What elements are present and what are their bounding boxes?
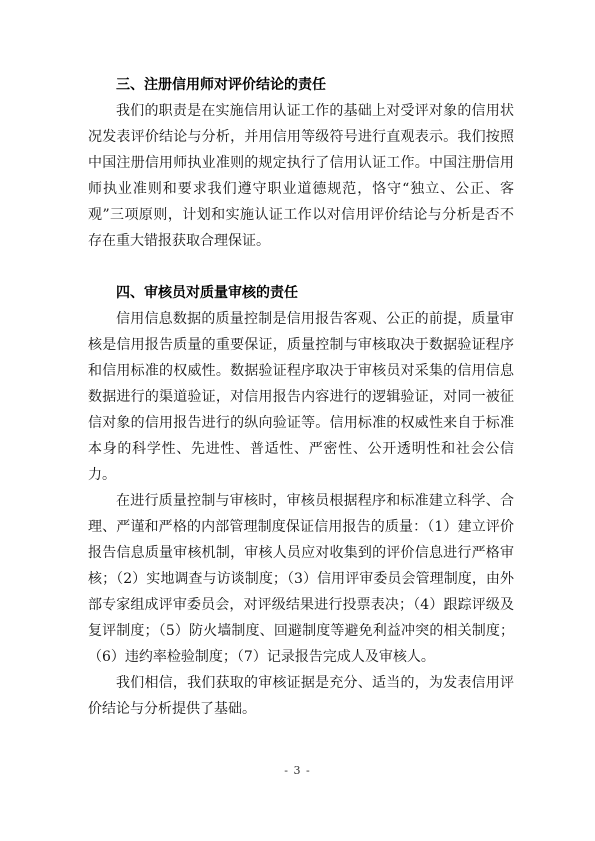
section-4-paragraph-1: 信用信息数据的质量控制是信用报告客观、公正的前提，质量审核是信用报告质量的重要保… [88, 306, 514, 488]
section-4-paragraph-3: 我们相信，我们获取的审核证据是充分、适当的，为发表信用评价结论与分析提供了基础。 [88, 670, 514, 722]
document-page: 三、注册信用师对评价结论的责任 我们的职责是在实施信用认证工作的基础上对受评对象… [0, 0, 595, 841]
section-3-heading: 三、注册信用师对评价结论的责任 [88, 72, 514, 98]
page-number: - 3 - [0, 764, 595, 778]
section-3-paragraph-1: 我们的职责是在实施信用认证工作的基础上对受评对象的信用状况发表评价结论与分析，并… [88, 98, 514, 254]
section-4-heading: 四、审核员对质量审核的责任 [88, 280, 514, 306]
section-registered-credit-analyst-responsibility: 三、注册信用师对评价结论的责任 我们的职责是在实施信用认证工作的基础上对受评对象… [88, 72, 514, 254]
section-auditor-quality-responsibility: 四、审核员对质量审核的责任 信用信息数据的质量控制是信用报告客观、公正的前提，质… [88, 280, 514, 722]
page-content: 三、注册信用师对评价结论的责任 我们的职责是在实施信用认证工作的基础上对受评对象… [88, 72, 514, 722]
section-4-paragraph-2: 在进行质量控制与审核时，审核员根据程序和标准建立科学、合理、严谨和严格的内部管理… [88, 488, 514, 670]
